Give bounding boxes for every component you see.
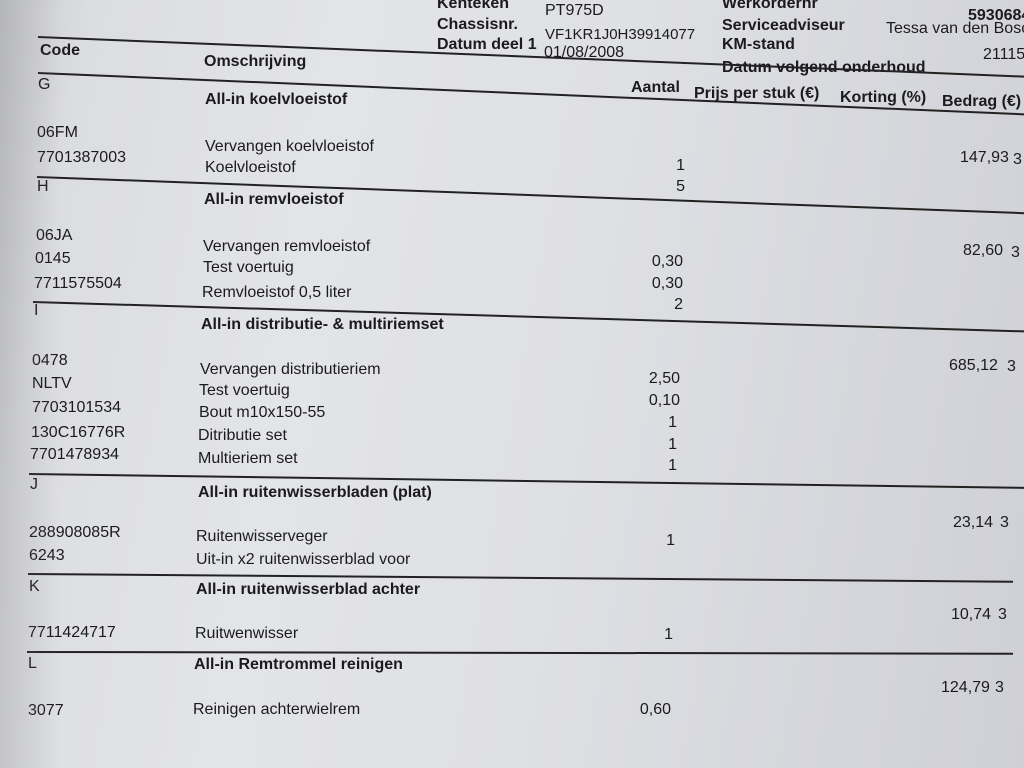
section-code: I bbox=[34, 302, 38, 320]
section-title: All-in ruitenwisserbladen (plat) bbox=[198, 484, 432, 502]
line-code: 06FM bbox=[37, 124, 78, 142]
section-vat-code: 3 bbox=[1007, 358, 1016, 376]
line-code: 130C16776R bbox=[31, 424, 125, 442]
line-qty: 1 bbox=[630, 457, 677, 475]
line-code: 0478 bbox=[32, 352, 68, 370]
col-aantal: Aantal bbox=[631, 79, 680, 97]
line-desc: Vervangen koelvloeistof bbox=[205, 138, 374, 156]
datum-deel1-label: Datum deel 1 bbox=[437, 36, 537, 54]
line-qty: 1 bbox=[630, 436, 677, 454]
section-vat-code: 3 bbox=[995, 679, 1004, 697]
section-rule bbox=[37, 176, 1024, 215]
section-amount: 82,60 bbox=[963, 242, 1003, 260]
section-vat-code: 3 bbox=[998, 606, 1007, 624]
chassis-value: VF1KR1J0H39914077 bbox=[545, 26, 695, 44]
line-desc: Test voertuig bbox=[203, 259, 294, 277]
col-prijs: Prijs per stuk (€) bbox=[694, 85, 819, 103]
section-rule bbox=[29, 473, 1024, 489]
line-code: 0145 bbox=[35, 250, 71, 268]
section-title: All-in Remtrommel reinigen bbox=[194, 656, 403, 674]
line-desc: Vervangen remvloeistof bbox=[203, 238, 370, 256]
line-desc: Test voertuig bbox=[199, 382, 290, 400]
line-qty: 2,50 bbox=[630, 370, 680, 388]
col-omschrijving: Omschrijving bbox=[204, 53, 306, 71]
line-desc: Remvloeistof 0,5 liter bbox=[202, 284, 351, 302]
line-qty: 0,30 bbox=[630, 275, 683, 293]
line-qty: 0,60 bbox=[630, 701, 671, 719]
km-value: 211152 bbox=[983, 46, 1024, 64]
line-qty: 1 bbox=[630, 626, 673, 644]
line-desc: Ruitwenwisser bbox=[195, 625, 298, 643]
kenteken-label: Kenteken bbox=[437, 0, 509, 13]
line-desc: Vervangen distributieriem bbox=[200, 361, 381, 379]
col-bedrag: Bedrag (€) bbox=[942, 93, 1021, 111]
line-qty: 1 bbox=[640, 157, 685, 175]
section-amount: 685,12 bbox=[949, 357, 998, 375]
section-rule bbox=[27, 651, 1013, 655]
line-code: 7703101534 bbox=[32, 399, 121, 417]
line-code: 06JA bbox=[36, 227, 72, 245]
line-code: 288908085R bbox=[29, 524, 121, 542]
section-amount: 10,74 bbox=[951, 606, 991, 624]
line-desc: Ditributie set bbox=[198, 427, 287, 445]
serviceadviseur-label: Serviceadviseur bbox=[722, 17, 845, 35]
section-rule bbox=[33, 301, 1024, 333]
line-qty: 1 bbox=[630, 532, 675, 550]
section-amount: 147,93 bbox=[960, 149, 1009, 167]
section-amount: 23,14 bbox=[953, 514, 993, 532]
line-desc: Koelvloeistof bbox=[205, 159, 296, 177]
line-code: 3077 bbox=[28, 702, 64, 720]
col-code: Code bbox=[40, 42, 80, 60]
line-qty: 0,30 bbox=[630, 253, 683, 271]
section-code: H bbox=[37, 178, 49, 196]
line-code: NLTV bbox=[32, 375, 72, 393]
section-vat-code: 3 bbox=[1011, 244, 1020, 262]
section-title: All-in remvloeistof bbox=[204, 191, 344, 209]
line-qty: 1 bbox=[630, 414, 677, 432]
line-desc: Uit-in x2 ruitenwisserblad voor bbox=[196, 551, 410, 569]
line-qty: 5 bbox=[640, 178, 685, 196]
line-desc: Bout m10x150-55 bbox=[199, 404, 325, 422]
line-desc: Ruitenwisserveger bbox=[196, 528, 328, 546]
section-code: G bbox=[38, 76, 50, 94]
line-code: 7711575504 bbox=[34, 275, 122, 293]
section-code: L bbox=[28, 655, 37, 673]
line-desc: Multieriem set bbox=[198, 450, 298, 468]
line-code: 7701478934 bbox=[30, 446, 119, 464]
section-code: J bbox=[30, 476, 38, 494]
col-korting: Korting (%) bbox=[840, 89, 926, 107]
line-qty: 2 bbox=[630, 296, 683, 314]
section-rule bbox=[28, 573, 1013, 583]
line-desc: Reinigen achterwielrem bbox=[193, 701, 360, 719]
line-code: 7701387003 bbox=[37, 149, 126, 167]
section-title: All-in koelvloeistof bbox=[205, 91, 347, 109]
section-vat-code: 3 bbox=[1013, 151, 1022, 169]
section-code: K bbox=[29, 578, 40, 596]
work-order-document: Kenteken PT975D Chassisnr. VF1KR1J0H3991… bbox=[0, 0, 1024, 768]
chassis-label: Chassisnr. bbox=[437, 16, 518, 34]
line-code: 7711424717 bbox=[28, 624, 116, 642]
kenteken-value: PT975D bbox=[545, 2, 604, 20]
section-title: All-in ruitenwisserblad achter bbox=[196, 581, 420, 599]
section-amount: 124,79 bbox=[941, 679, 990, 697]
line-code: 6243 bbox=[29, 547, 65, 565]
km-label: KM-stand bbox=[722, 36, 795, 54]
section-vat-code: 3 bbox=[1000, 514, 1009, 532]
line-qty: 0,10 bbox=[630, 392, 680, 410]
serviceadviseur-value: Tessa van den Bosch bbox=[886, 20, 1024, 38]
werkorder-label: Werkordernr bbox=[722, 0, 818, 13]
section-title: All-in distributie- & multiriemset bbox=[201, 316, 444, 334]
